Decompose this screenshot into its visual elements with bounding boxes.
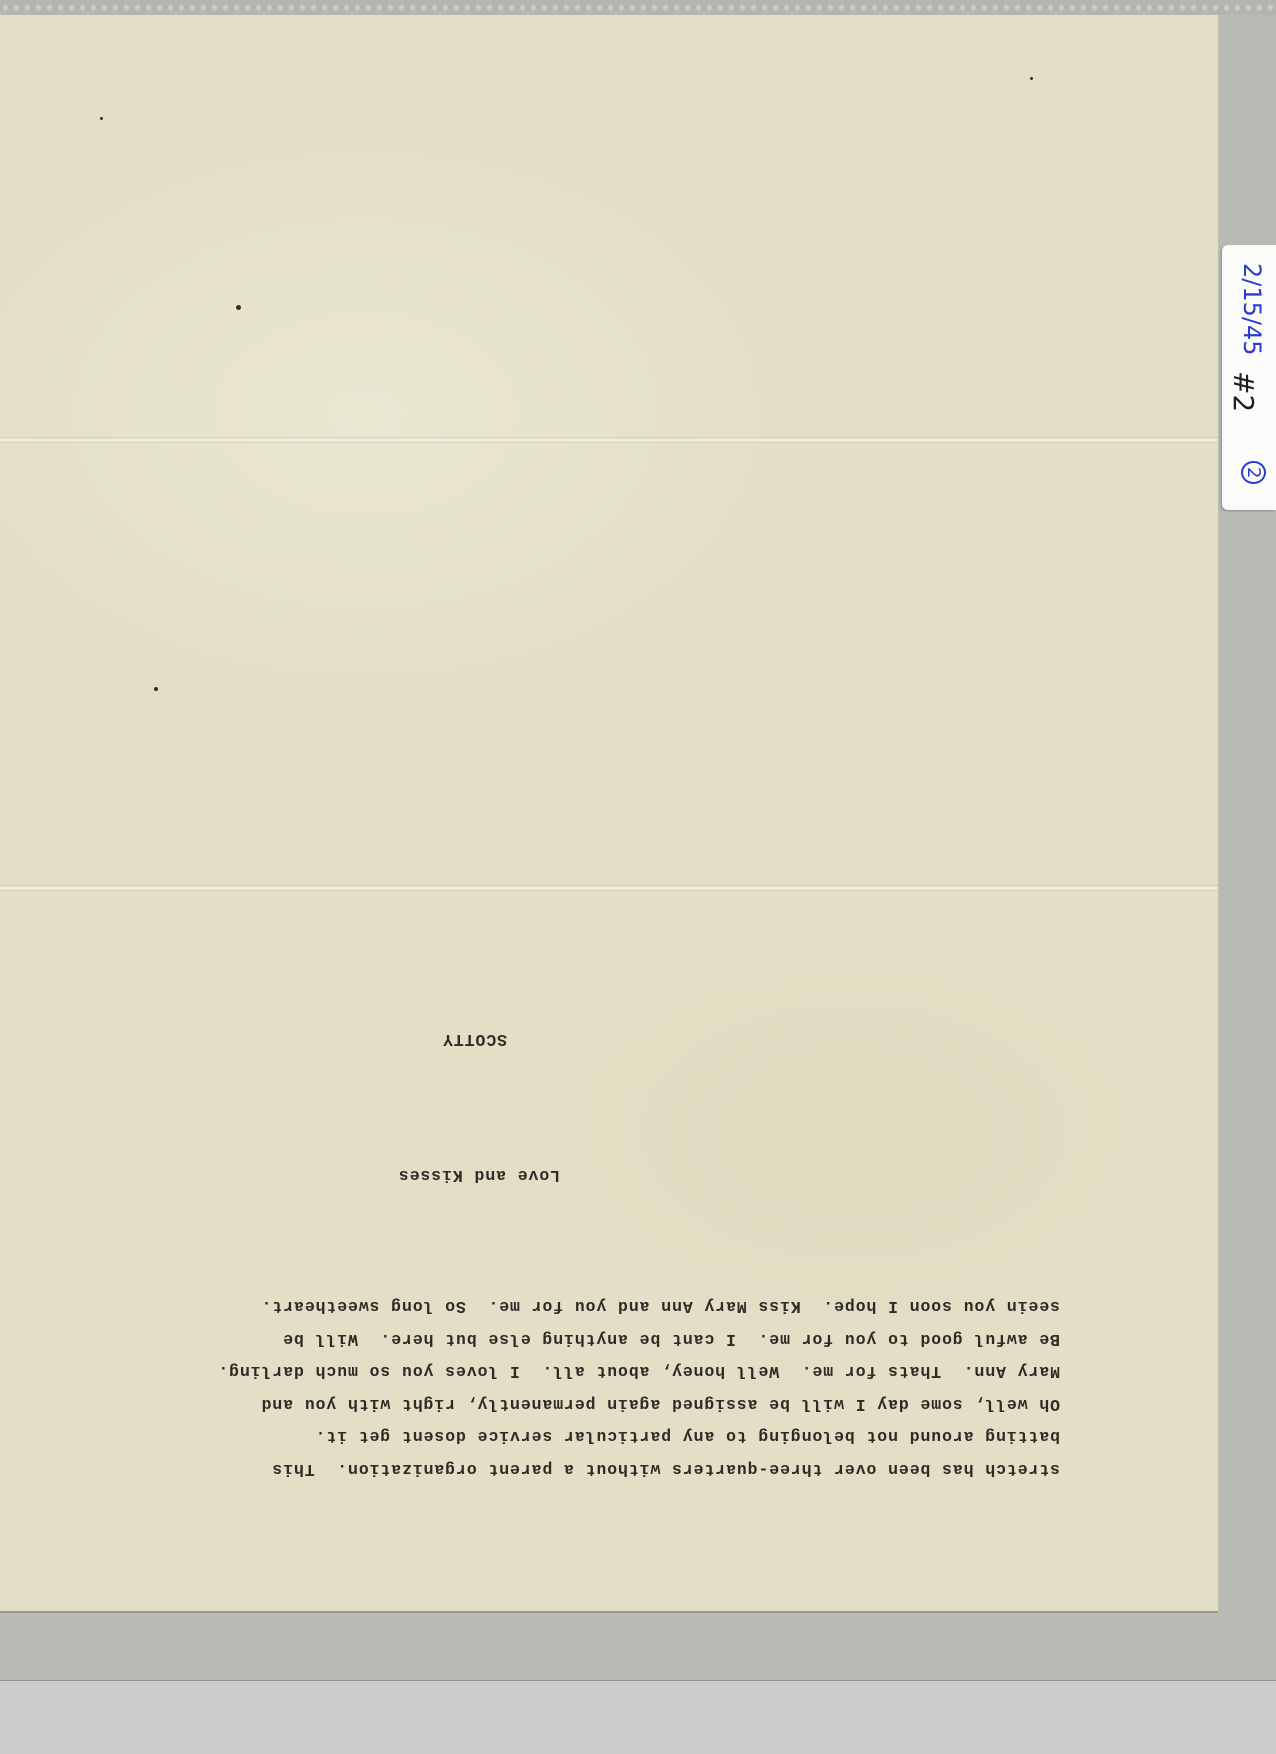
letter-line: batting around not belonging to any part… [100,1420,1060,1453]
letter-body: stretch has been over three-quarters wit… [100,1290,1060,1485]
letter-line: stretch has been over three-quarters wit… [100,1453,1060,1486]
letter-text-block: stretch has been over three-quarters wit… [100,965,1060,1485]
letter-signature: SCOTTY [442,1030,507,1049]
fold-crease-upper [0,437,1218,443]
letter-line: Oh well, some day I will be assigned aga… [100,1388,1060,1421]
ink-speck [154,687,158,691]
note-page-number: 2 [1241,461,1266,484]
letter-line: Be awful good to you for me. I cant be a… [100,1323,1060,1356]
ink-speck [236,305,241,310]
sheet-protector-perforation [0,0,1276,15]
letter-line: seein you soon I hope. Kiss Mary Ann and… [100,1290,1060,1323]
archive-sticky-note: 2/15/45 #2 2 [1222,245,1276,510]
fold-crease-lower [0,885,1218,891]
letter-page: stretch has been over three-quarters wit… [0,15,1218,1613]
ink-speck [100,117,103,120]
letter-line: Mary Ann. Thats for me. Well honey, abou… [100,1355,1060,1388]
ink-speck [1030,77,1033,80]
note-item-number: #2 [1227,371,1260,412]
scanner-background-bottom [0,1680,1276,1754]
note-date: 2/15/45 [1238,263,1266,356]
letter-closing: Love and Kisses [398,1166,560,1185]
